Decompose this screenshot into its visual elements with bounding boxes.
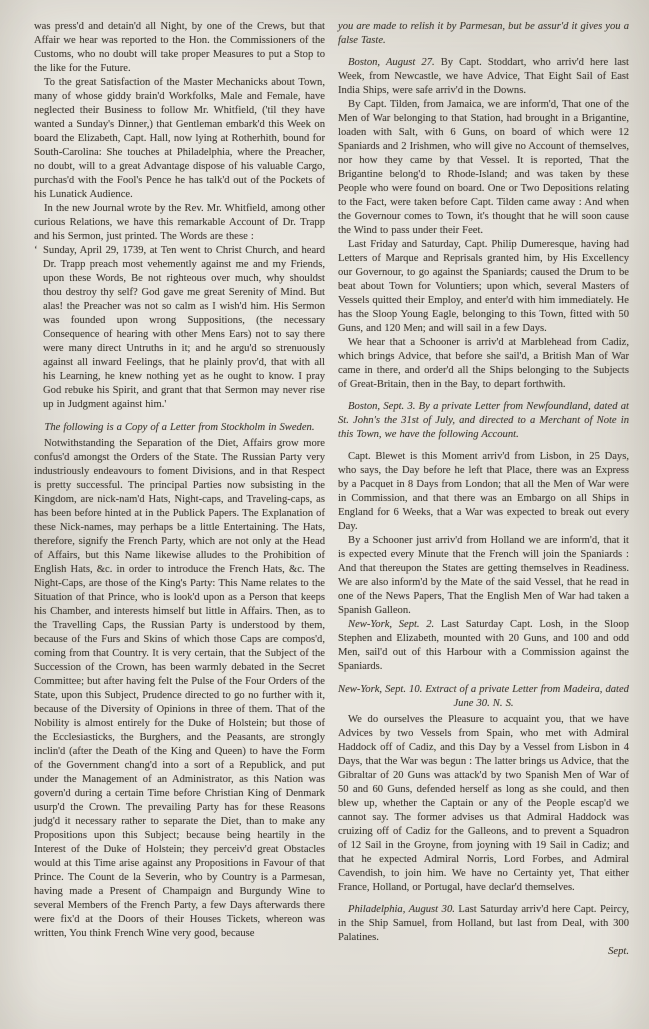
- newsprint-paragraph: Boston, August 27. By Capt. Stoddart, wh…: [338, 56, 629, 98]
- newsprint-paragraph: We hear that a Schooner is arriv'd at Ma…: [338, 336, 629, 392]
- newsprint-paragraph: Last Friday and Saturday, Capt. Philip D…: [338, 238, 629, 336]
- newsprint-paragraph: To the great Satisfaction of the Master …: [34, 76, 325, 202]
- section-heading-stockholm-letter: The following is a Copy of a Letter from…: [34, 421, 325, 435]
- newsprint-paragraph: Capt. Blewet is this Moment arriv'd from…: [338, 450, 629, 534]
- dateline: New-York, Sept. 2.: [348, 619, 441, 630]
- newsprint-paragraph: Philadelphia, August 30. Last Saturday a…: [338, 903, 629, 945]
- newspaper-page-scan: was press'd and detain'd all Night, by o…: [0, 0, 649, 1029]
- newsprint-paragraph: was press'd and detain'd all Night, by o…: [34, 20, 325, 76]
- catchword: Sept.: [338, 945, 629, 959]
- newsprint-paragraph: Notwithstanding the Separation of the Di…: [34, 437, 325, 941]
- newsprint-paragraph: you are made to relish it by Parmesan, b…: [338, 20, 629, 48]
- section-heading-madeira-letter: New-York, Sept. 10. Extract of a private…: [338, 683, 629, 711]
- newsprint-paragraph: In the new Journal wrote by the Rev. Mr.…: [34, 202, 325, 244]
- newsprint-column-left: was press'd and detain'd all Night, by o…: [34, 20, 325, 941]
- dateline: Philadelphia, August 30.: [348, 904, 458, 915]
- newsprint-paragraph: We do ourselves the Pleasure to acquaint…: [338, 713, 629, 895]
- dateline: Boston, August 27.: [348, 57, 441, 68]
- newsprint-column-right: you are made to relish it by Parmesan, b…: [338, 20, 629, 959]
- newsprint-paragraph: By a Schooner just arriv'd from Holland …: [338, 534, 629, 618]
- newsprint-paragraph: New-York, Sept. 2. Last Saturday Capt. L…: [338, 618, 629, 674]
- newsprint-paragraph: By Capt. Tilden, from Jamaica, we are in…: [338, 98, 629, 238]
- newsprint-paragraph: Sunday, April 29, 1739, at Ten went to C…: [34, 244, 325, 412]
- section-heading-newfoundland-letter: Boston, Sept. 3. By a private Letter fro…: [338, 400, 629, 442]
